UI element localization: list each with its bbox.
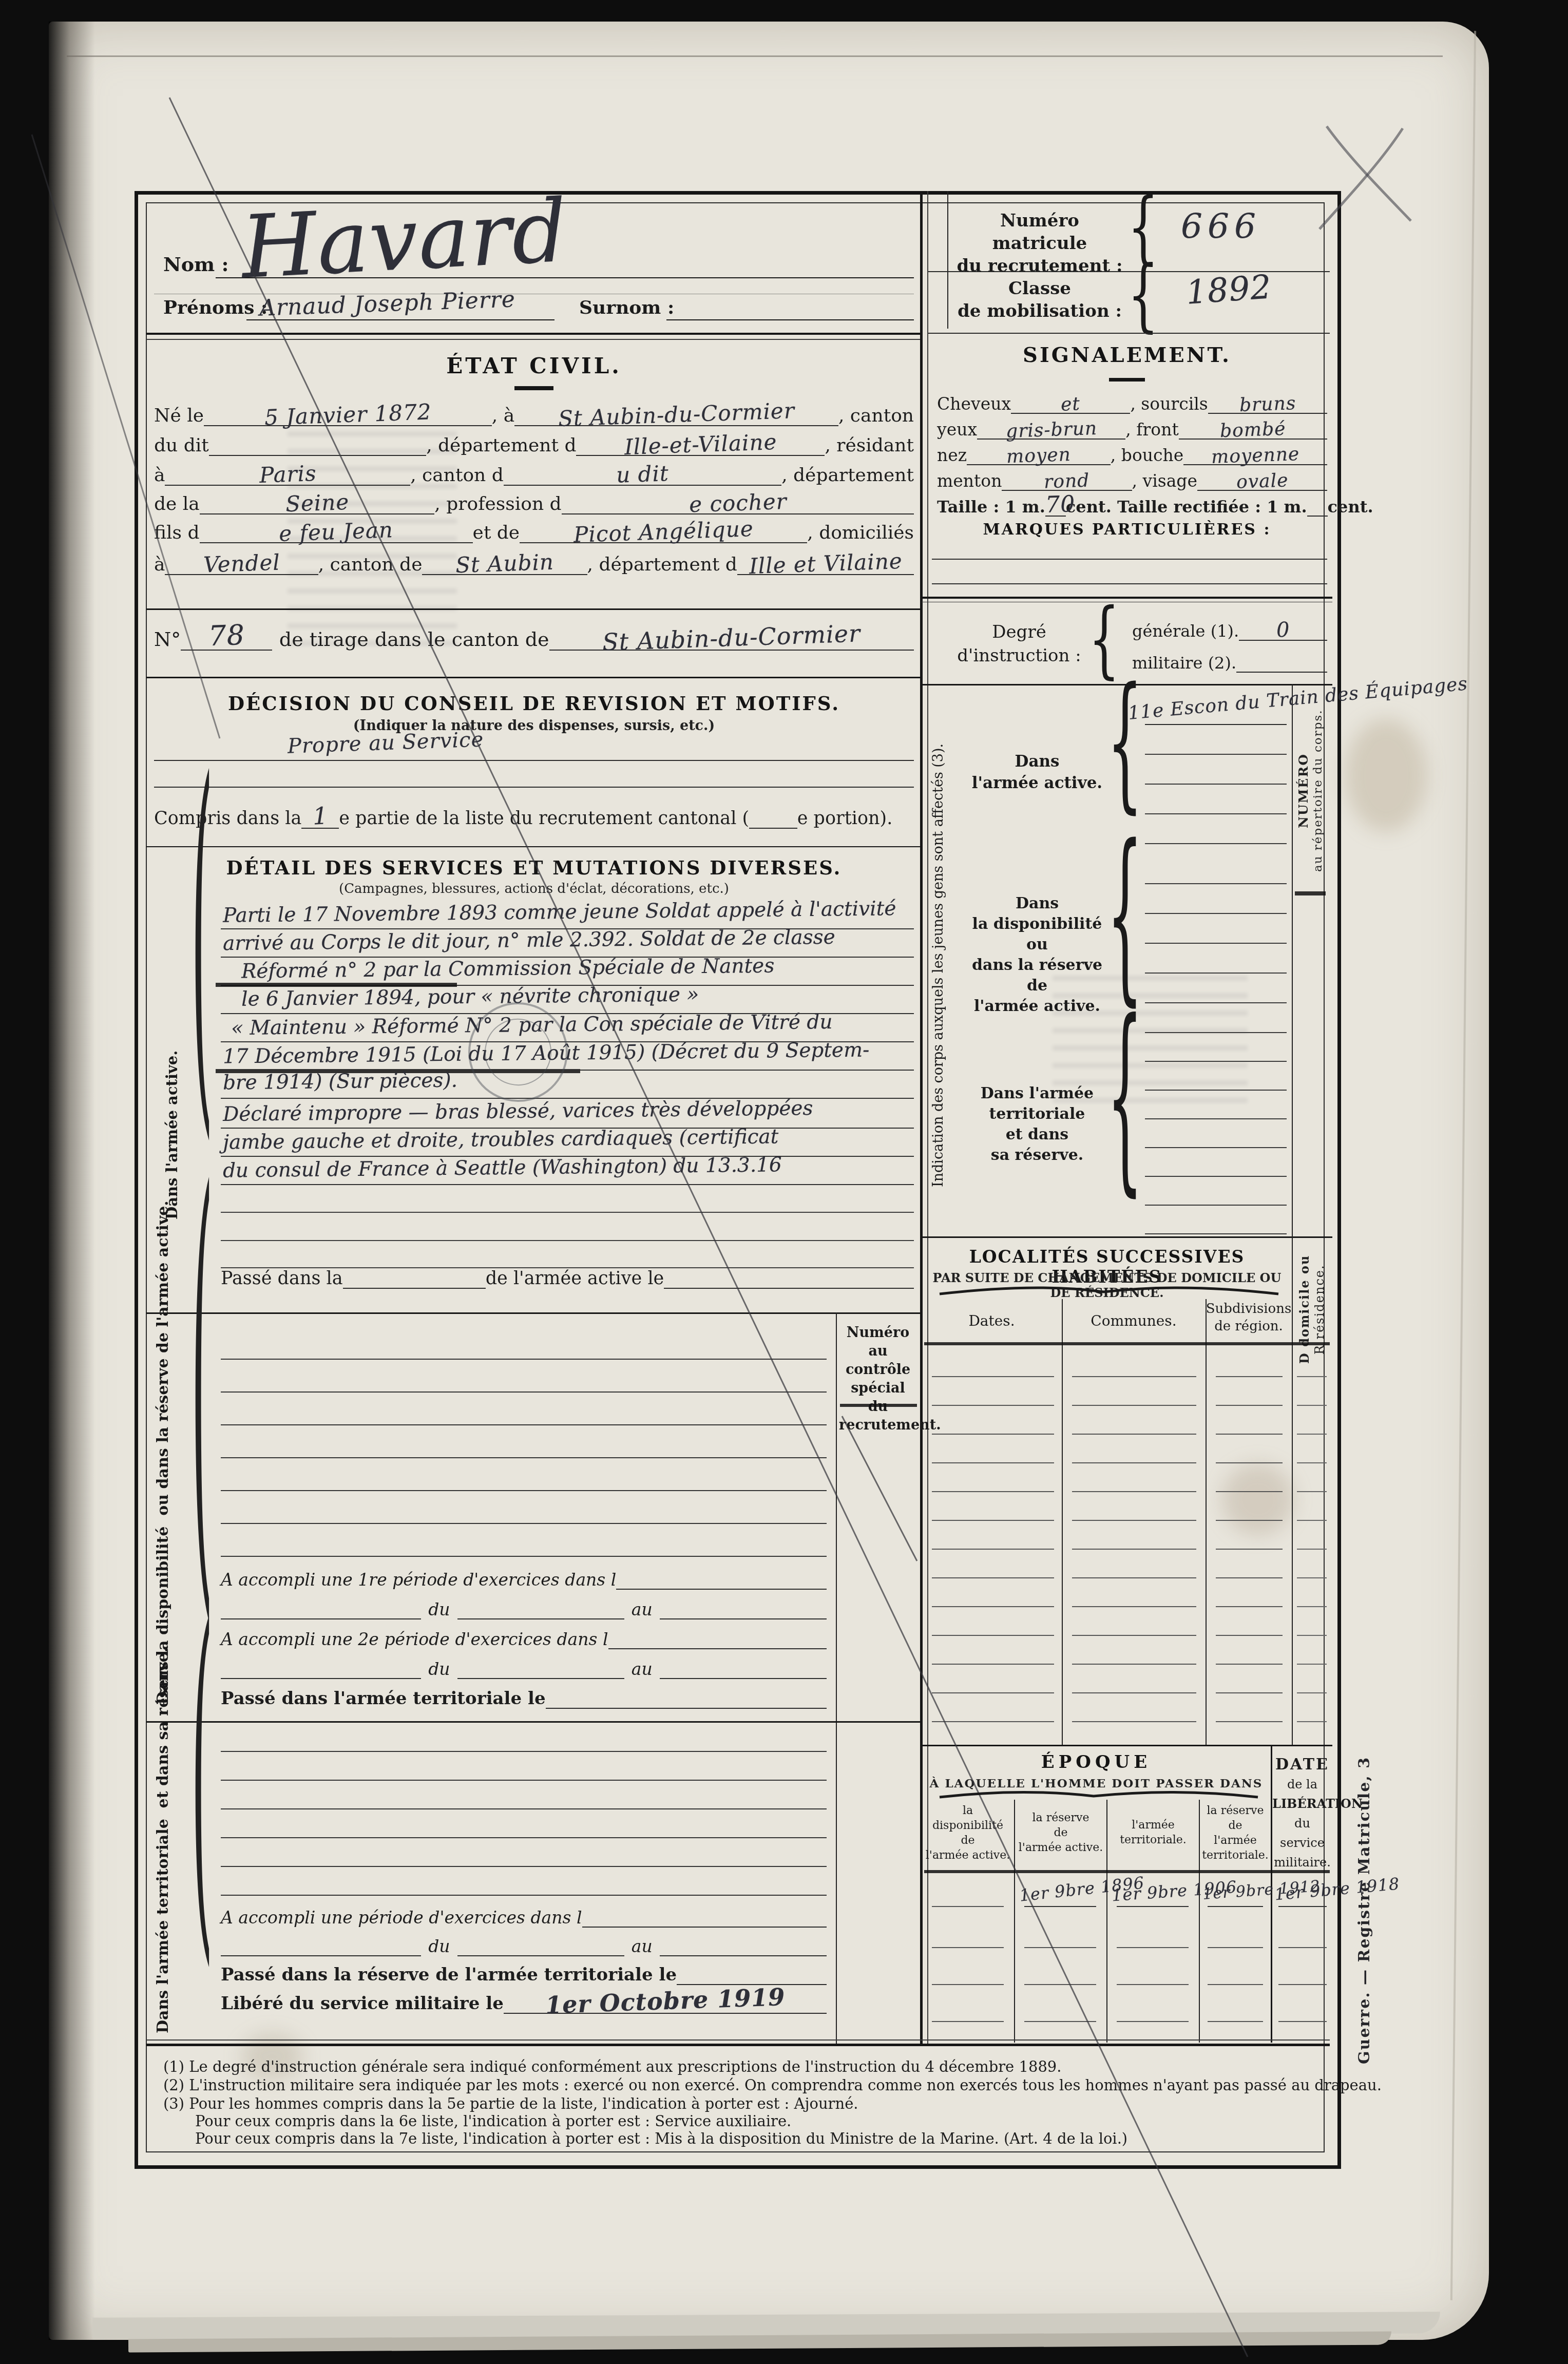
nez-field: moyen	[967, 443, 1111, 465]
matricule-box-rule	[947, 191, 948, 329]
classe-label-line: de mobilisation :	[955, 300, 1124, 322]
rule-after-disponibilite	[146, 1721, 920, 1723]
libere-label: Libéré du service militaire le	[221, 1993, 504, 2014]
parents-departement-value: Ille et Vilaine	[749, 548, 903, 579]
canton-d-label: , canton d	[410, 465, 504, 486]
father-value: e feu Jean	[278, 517, 393, 546]
tirage-texte-label: de tirage dans le canton de	[272, 628, 549, 651]
registre-matricule-caption: Guerre. — Registre Matricule, 3	[1355, 1715, 1373, 2105]
birth-place-field: St Aubin-du-Cormier	[514, 400, 838, 426]
controle-column-rule	[836, 1312, 837, 2044]
footnote-5: Pour ceux compris dans la 7e liste, l'in…	[195, 2130, 1127, 2147]
periode2-corps-field	[221, 1678, 421, 1679]
epoque-row-line	[1278, 1906, 1327, 1907]
corps-terr-line: Dans l'armée	[965, 1083, 1109, 1104]
epoque-col1-line: de	[922, 1833, 1014, 1848]
service-line: du consul de France à Seattle (Washingto…	[221, 1155, 914, 1185]
compris-label-2: e partie de la liste du recrutement cant…	[339, 808, 749, 829]
corps-territoriale-label: Dans l'armée territoriale et dans sa rés…	[965, 1083, 1109, 1166]
localites-col-dates: Dates.	[922, 1312, 1062, 1329]
footnote-3: (3) Pour les hommes compris dans la 5e p…	[163, 2095, 858, 2112]
compris-portion-field	[749, 828, 797, 829]
nom-signature: Havard	[239, 181, 570, 298]
passe-active-label-1: Passé dans la	[221, 1268, 343, 1289]
classe-brace: {	[1127, 249, 1159, 340]
epoque-col2-header: la réserve de l'armée active.	[1015, 1810, 1106, 1855]
passe-active-label-2: de l'armée active le	[486, 1268, 664, 1289]
compris-label-3: e portion).	[797, 808, 893, 829]
parents-domicile-field: Vendel	[165, 549, 318, 575]
ne-le-label: Né le	[154, 405, 204, 426]
service-line: Déclaré impropre — bras blessé, varices …	[221, 1099, 914, 1129]
numero-tirage-field: 78	[181, 617, 272, 651]
postmark-stamp-inner	[477, 1012, 559, 1093]
passe-territoriale-field	[546, 1708, 827, 1709]
generale-field: 0	[1239, 616, 1327, 641]
a-label: , à	[492, 405, 514, 426]
departement-d-label: , département d	[426, 435, 576, 456]
sourcils-label: , sourcils	[1130, 394, 1208, 414]
yeux-field: gris-brun	[977, 417, 1125, 440]
territoriale-au-field	[660, 1955, 827, 1956]
passe-territoriale-label: Passé dans l'armée territoriale le	[221, 1688, 546, 1709]
birth-date-value: 5 Janvier 1872	[264, 399, 432, 430]
numero-controle-line: recrutement.	[839, 1416, 917, 1435]
residence-canton-value: u dit	[616, 461, 669, 488]
periode1-corps-field	[221, 1618, 421, 1619]
surnom-rule	[666, 319, 914, 320]
cheveux-label: Cheveux	[937, 394, 1011, 414]
service-entry: Réformé n° 2 par la Commission Spéciale …	[241, 955, 775, 983]
numero-controle-line: au contrôle	[839, 1342, 917, 1379]
fils-label: fils d	[154, 522, 200, 543]
footer-rule-thin	[146, 2039, 1330, 2041]
section-rule	[146, 333, 920, 335]
generale-label: générale (1).	[1132, 621, 1239, 641]
bouche-label: , bouche	[1111, 445, 1184, 465]
registre-matricule-scan: Nom : Havard Prénoms : Arnaud Joseph Pie…	[0, 0, 1568, 2364]
parents-departement-field: Ille et Vilaine	[737, 549, 914, 575]
localites-rows-subdiv	[1216, 1348, 1283, 1722]
corps-dispo-line: de	[965, 976, 1109, 996]
decision-rule-1	[154, 760, 914, 761]
matricule-label: Numéro matricule du recrutement :	[955, 209, 1124, 277]
classe-row-rule	[928, 333, 1330, 334]
degre-label-line: d'instruction :	[955, 644, 1083, 668]
parents-canton-value: St Aubin	[455, 549, 554, 578]
militaire-field	[1236, 672, 1327, 673]
paper-stain	[1345, 719, 1427, 832]
prenoms-label: Prénoms :	[163, 297, 267, 318]
taille-label: Taille : 1 m.	[937, 497, 1045, 517]
profession-value: e cocher	[689, 489, 787, 518]
numero-controle-line: spécial du	[839, 1379, 917, 1416]
classe-label-line: Classe	[955, 277, 1124, 300]
mother-field: Picot Angélique	[520, 517, 807, 543]
taille-rect-suffix: cent.	[1328, 497, 1373, 517]
corps-dispo-lines	[1145, 854, 1287, 1033]
mother-value: Picot Angélique	[573, 516, 754, 547]
periode2-du-field	[457, 1678, 624, 1679]
corps-numero-rule	[1292, 684, 1293, 1236]
de-la-label: de la	[154, 493, 200, 514]
service-entry: Parti le 17 Novembre 1893 comme jeune So…	[223, 897, 896, 927]
canton-de-label: , canton de	[318, 554, 423, 575]
corps-dispo-line: la disponibilité	[965, 914, 1109, 935]
epoque-rows-col1	[932, 1911, 1004, 2024]
corps-dispo-line: Dans	[965, 893, 1109, 914]
territoriale-du-label: du	[421, 1936, 457, 1956]
militaire-label: militaire (2).	[1132, 653, 1236, 673]
territoriale-blank-lines	[221, 1723, 827, 1896]
localites-rows-dates	[932, 1348, 1054, 1722]
libere-value: 1er Octobre 1919	[545, 1983, 786, 2019]
localites-subtitle: PAR SUITE DE CHANGEMENTS DE DOMICILE OU …	[922, 1270, 1292, 1300]
footnote-1: (1) Le degré d'instruction générale sera…	[163, 2058, 1062, 2075]
bouche-value: moyenne	[1211, 444, 1300, 468]
departement2-label: , département	[781, 465, 914, 486]
territoriale-du-field	[457, 1955, 624, 1956]
generale-value: 0	[1276, 618, 1290, 642]
epoque-title: ÉPOQUE	[922, 1752, 1271, 1772]
periode1-label: A accompli une 1re période d'exercices d…	[221, 1570, 616, 1590]
territoriale-side-label: Dans l'armée territoriale et dans sa rés…	[154, 1746, 172, 2033]
corps-dispo-label: Dans la disponibilité ou dans la réserve…	[965, 893, 1109, 1017]
visage-field: ovale	[1197, 469, 1327, 491]
corps-dispo-line: ou	[965, 935, 1109, 955]
footnote-2: (2) L'instruction militaire sera indiqué…	[163, 2076, 1382, 2094]
epoque-subtitle: À LAQUELLE L'HOMME DOIT PASSER DANS	[922, 1777, 1271, 1790]
profession-field: e cocher	[562, 488, 914, 514]
service-entry: le 6 Janvier 1894, pour « névrite chroni…	[241, 983, 699, 1011]
footer-rule	[146, 2044, 1330, 2046]
matricule-label-line: Numéro matricule	[955, 209, 1124, 255]
disponibilite-side-line: ou dans la réserve de l'armée active.	[154, 1200, 172, 1515]
corps-active-brace: {	[1107, 656, 1143, 827]
corps-side-label: Indication des corps auxquels les jeunes…	[930, 698, 946, 1232]
numero-tirage-label: N°	[154, 628, 181, 651]
signalement-title: SIGNALEMENT.	[922, 343, 1332, 367]
rule-after-services	[146, 1312, 920, 1314]
section-rule-thin	[146, 339, 920, 340]
au-label-2: au	[624, 1659, 660, 1679]
epoque-col1-line: la	[922, 1803, 1014, 1818]
epoque-row-line	[1208, 1906, 1263, 1907]
epoque-col2-line: l'armée active.	[1015, 1840, 1106, 1855]
bouche-field: moyenne	[1183, 443, 1327, 465]
localites-header-rule	[924, 1342, 1330, 1345]
etat-civil-title: ÉTAT CIVIL.	[154, 353, 914, 378]
epoque-col1-line: l'armée active.	[922, 1848, 1014, 1863]
visage-value: ovale	[1236, 470, 1289, 493]
passe-reserve-label: Passé dans la réserve de l'armée territo…	[221, 1965, 677, 1985]
decision-rule-2	[154, 787, 914, 788]
sourcils-value: bruns	[1239, 393, 1296, 416]
page-edge-top	[67, 55, 1443, 57]
rule-after-corps	[922, 1236, 1332, 1238]
residence-departement-value: Seine	[285, 489, 350, 517]
epoque-col1-line: disponibilité	[922, 1818, 1014, 1833]
epoque-col4-line: l'armée	[1200, 1833, 1271, 1848]
a2-label: à	[154, 465, 165, 486]
rule-after-etat-civil	[146, 608, 920, 610]
epoque-rows-col4	[1208, 1911, 1263, 2024]
sourcils-field: bruns	[1208, 392, 1327, 414]
father-field: e feu Jean	[200, 517, 473, 543]
departement-d2-label: , département d	[587, 554, 737, 575]
disponibilite-blank-lines	[221, 1327, 827, 1558]
residence-canton-field: u dit	[504, 460, 781, 486]
birth-departement-value: Ille-et-Vilaine	[624, 429, 777, 460]
residant-label: , résidant	[825, 435, 914, 456]
compris-label-1: Compris dans la	[154, 808, 301, 829]
degre-label: Degré d'instruction :	[955, 620, 1083, 668]
corps-active-line: Dans	[965, 751, 1109, 772]
service-entry: bre 1914) (Sur pièces).	[223, 1069, 458, 1095]
residence-departement-field: Seine	[200, 488, 435, 514]
decision-title: DÉCISION DU CONSEIL DE REVISION ET MOTIF…	[154, 692, 914, 715]
localites-subdiv-line: Subdivisions	[1206, 1300, 1292, 1318]
corps-active-line: l'armée active.	[965, 772, 1109, 794]
a3-label: à	[154, 554, 165, 575]
localites-side-rule	[1292, 1236, 1293, 1745]
service-entry: jambe gauche et droite, troubles cardiaq…	[223, 1125, 779, 1154]
front-field: bombé	[1179, 417, 1327, 440]
epoque-rows-date	[1278, 1911, 1327, 2024]
territoriale-brace: (	[191, 1551, 213, 1998]
corps-numero-side-2: au répertoire du corps.	[1311, 698, 1325, 883]
parents-canton-field: St Aubin	[422, 549, 587, 575]
epoque-row-line	[1117, 1906, 1189, 1907]
service-line: jambe gauche et droite, troubles cardiaq…	[221, 1127, 914, 1157]
epoque-rows-col3	[1117, 1911, 1189, 2024]
service-line: le 6 Janvier 1894, pour « névrite chroni…	[221, 984, 914, 1014]
cheveux-field: et	[1011, 392, 1130, 414]
nom-label: Nom :	[163, 253, 229, 276]
periode1-au-field	[660, 1618, 827, 1619]
classe-label: Classe de mobilisation :	[955, 277, 1124, 322]
controle-header-rule	[840, 1404, 917, 1407]
passe-active-field-2	[664, 1288, 914, 1289]
numero-tirage-value: 78	[208, 619, 245, 652]
taille-rect-field	[1307, 516, 1328, 517]
corps-active-label: Dans l'armée active.	[965, 751, 1109, 794]
degre-label-line: Degré	[955, 620, 1083, 644]
epoque-rows-col2	[1024, 1911, 1096, 2024]
au-label-1: au	[624, 1599, 660, 1619]
du-dit-label: du dit	[154, 435, 209, 456]
matricule-value: 666	[1181, 206, 1261, 246]
epoque-col4-line: territoriale.	[1200, 1848, 1271, 1863]
corps-terr-line: et dans	[965, 1124, 1109, 1145]
service-entry: arrivé au Corps le dit jour, n° mle 2.39…	[223, 926, 835, 955]
corps-dispo-line: dans la réserve	[965, 955, 1109, 976]
services-subtitle: (Campagnes, blessures, actions d'éclat, …	[154, 881, 914, 897]
localites-col-subdiv: Subdivisions de région.	[1206, 1300, 1292, 1335]
epoque-col4-header: la réserve de l'armée territoriale.	[1200, 1803, 1271, 1863]
service-line: Parti le 17 Novembre 1893 comme jeune So…	[221, 900, 914, 929]
cheveux-value: et	[1061, 393, 1081, 415]
epoque-row-line	[932, 1906, 1004, 1907]
territoriale-periode-field	[582, 1927, 827, 1928]
libere-field: 1er Octobre 1919	[504, 1985, 827, 2014]
corps-terr-line: sa réserve.	[965, 1145, 1109, 1166]
du-label-1: du	[421, 1599, 457, 1619]
epoque-date-line: LIBÉRATION	[1272, 1794, 1332, 1814]
marques-label: MARQUES PARTICULIÈRES :	[922, 521, 1332, 539]
marques-rule-2	[932, 583, 1327, 584]
epoque-col3-line: l'armée	[1107, 1818, 1199, 1833]
epoque-col1-header: la disponibilité de l'armée active.	[922, 1803, 1014, 1863]
localites-rows-side	[1297, 1348, 1327, 1722]
passe-active-field-1	[343, 1288, 486, 1289]
taille-value: 70	[1045, 491, 1076, 518]
periode2-label: A accompli une 2e période d'exercices da…	[221, 1629, 608, 1649]
corps-terr-line: territoriale	[965, 1104, 1109, 1124]
birth-departement-field: Ille-et-Vilaine	[576, 430, 825, 456]
parents-domicile-value: Vendel	[203, 549, 280, 577]
localites-col-rule-2	[1206, 1299, 1207, 1745]
footnote-4: Pour ceux compris dans la 6e liste, l'in…	[195, 2112, 791, 2130]
blank-line	[221, 1211, 914, 1213]
service-line: Réformé n° 2 par la Commission Spéciale …	[221, 956, 914, 986]
classe-value: 1892	[1185, 268, 1273, 312]
yeux-label: yeux	[937, 420, 977, 440]
binding-gutter	[49, 22, 95, 2340]
territoriale-corps-field	[221, 1955, 421, 1956]
service-line: arrivé au Corps le dit jour, n° mle 2.39…	[221, 928, 914, 958]
service-line: bre 1914) (Sur pièces).	[221, 1069, 914, 1099]
localites-col-communes: Communes.	[1062, 1312, 1206, 1329]
corps-numero-side-1: NUMÉRO	[1296, 698, 1311, 883]
localites-subdiv-line: de région.	[1206, 1318, 1292, 1335]
territoriale-side-line: et dans sa réserve.	[154, 1647, 172, 1808]
taille-field: 70	[1045, 489, 1066, 517]
epoque-col4-line: de	[1200, 1818, 1271, 1833]
surnom-label: Surnom :	[579, 297, 674, 318]
rule-before-degre-thin	[922, 602, 1332, 602]
blank-line	[221, 1239, 914, 1241]
front-label: , front	[1125, 420, 1178, 440]
periode1-du-field	[457, 1618, 624, 1619]
service-entry: du consul de France à Seattle (Washingto…	[223, 1153, 782, 1182]
epoque-date-line: militaire.	[1272, 1853, 1332, 1872]
tirage-canton-field: St Aubin-du-Cormier	[549, 622, 914, 651]
du-label-2: du	[421, 1659, 457, 1679]
taille-rect-label: cent. Taille rectifiée : 1 m.	[1066, 497, 1307, 517]
visage-label: , visage	[1132, 471, 1197, 491]
epoque-date-header: DATE de la LIBÉRATION du service militai…	[1272, 1755, 1332, 1872]
epoque-date-line: DATE	[1272, 1755, 1332, 1775]
epoque-col3-header: l'armée territoriale.	[1107, 1818, 1199, 1847]
epoque-header-rule	[924, 1870, 1330, 1873]
residence-field: Paris	[165, 460, 410, 486]
menton-label: menton	[937, 471, 1002, 491]
epoque-date-line: du service	[1272, 1814, 1332, 1853]
corps-terr-brace: {	[1107, 978, 1143, 1214]
signalement-ornament	[1109, 378, 1145, 382]
rule-after-compris	[146, 846, 920, 847]
epoque-col3-line: territoriale.	[1107, 1833, 1199, 1847]
matricule-label-line: du recrutement :	[955, 255, 1124, 277]
decision-subtitle: (Indiquer la nature des dispenses, sursi…	[154, 718, 914, 734]
rule-after-tirage	[146, 677, 920, 678]
numero-controle-header: Numéro au contrôle spécial du recrutemen…	[839, 1324, 917, 1435]
profession-label: , profession d	[434, 493, 561, 514]
canton-label: , canton	[838, 405, 914, 426]
rule-before-degre	[922, 597, 1332, 599]
epoque-col2-line: la réserve	[1015, 1810, 1106, 1825]
birth-date-field: 5 Janvier 1872	[204, 400, 492, 426]
nez-value: moyen	[1006, 444, 1072, 467]
periode1-field	[616, 1589, 827, 1590]
corps-dispo-line: l'armée active.	[965, 996, 1109, 1017]
localites-col-rule-1	[1062, 1299, 1063, 1745]
epoque-col4-line: la réserve	[1200, 1803, 1271, 1818]
periode2-field	[608, 1648, 827, 1649]
corps-numero-mark	[1295, 891, 1326, 895]
services-title: DÉTAIL DES SERVICES ET MUTATIONS DIVERSE…	[154, 856, 914, 879]
compris-partie-value: 1	[312, 802, 329, 830]
territoriale-side-line: Dans l'armée territoriale	[154, 1819, 172, 2033]
numero-controle-line: Numéro	[839, 1324, 917, 1342]
epoque-col2-line: de	[1015, 1825, 1106, 1840]
marques-rule-1	[932, 559, 1327, 560]
front-value: bombé	[1220, 418, 1287, 442]
territoriale-au-label: au	[624, 1936, 660, 1956]
etat-civil-ornament	[514, 386, 553, 390]
compris-partie-field: 1	[301, 800, 339, 829]
menton-field: rond	[1002, 469, 1132, 491]
nez-label: nez	[937, 445, 967, 465]
residence-value: Paris	[259, 461, 317, 488]
epoque-row-line	[1024, 1906, 1096, 1907]
service-line: « Maintenu » Réformé N° 2 par la Con spé…	[221, 1013, 914, 1042]
domicilies-label: , domiciliés	[807, 522, 914, 543]
localites-rows-communes	[1072, 1348, 1196, 1722]
epoque-date-line: de la	[1272, 1775, 1332, 1794]
territoriale-periode-label: A accompli une période d'exercices dans …	[221, 1908, 582, 1928]
corps-active-lines	[1145, 725, 1287, 844]
et-de-label: et de	[473, 522, 520, 543]
corps-terr-lines	[1145, 1033, 1287, 1234]
yeux-value: gris-brun	[1005, 418, 1097, 442]
periode2-au-field	[660, 1678, 827, 1679]
